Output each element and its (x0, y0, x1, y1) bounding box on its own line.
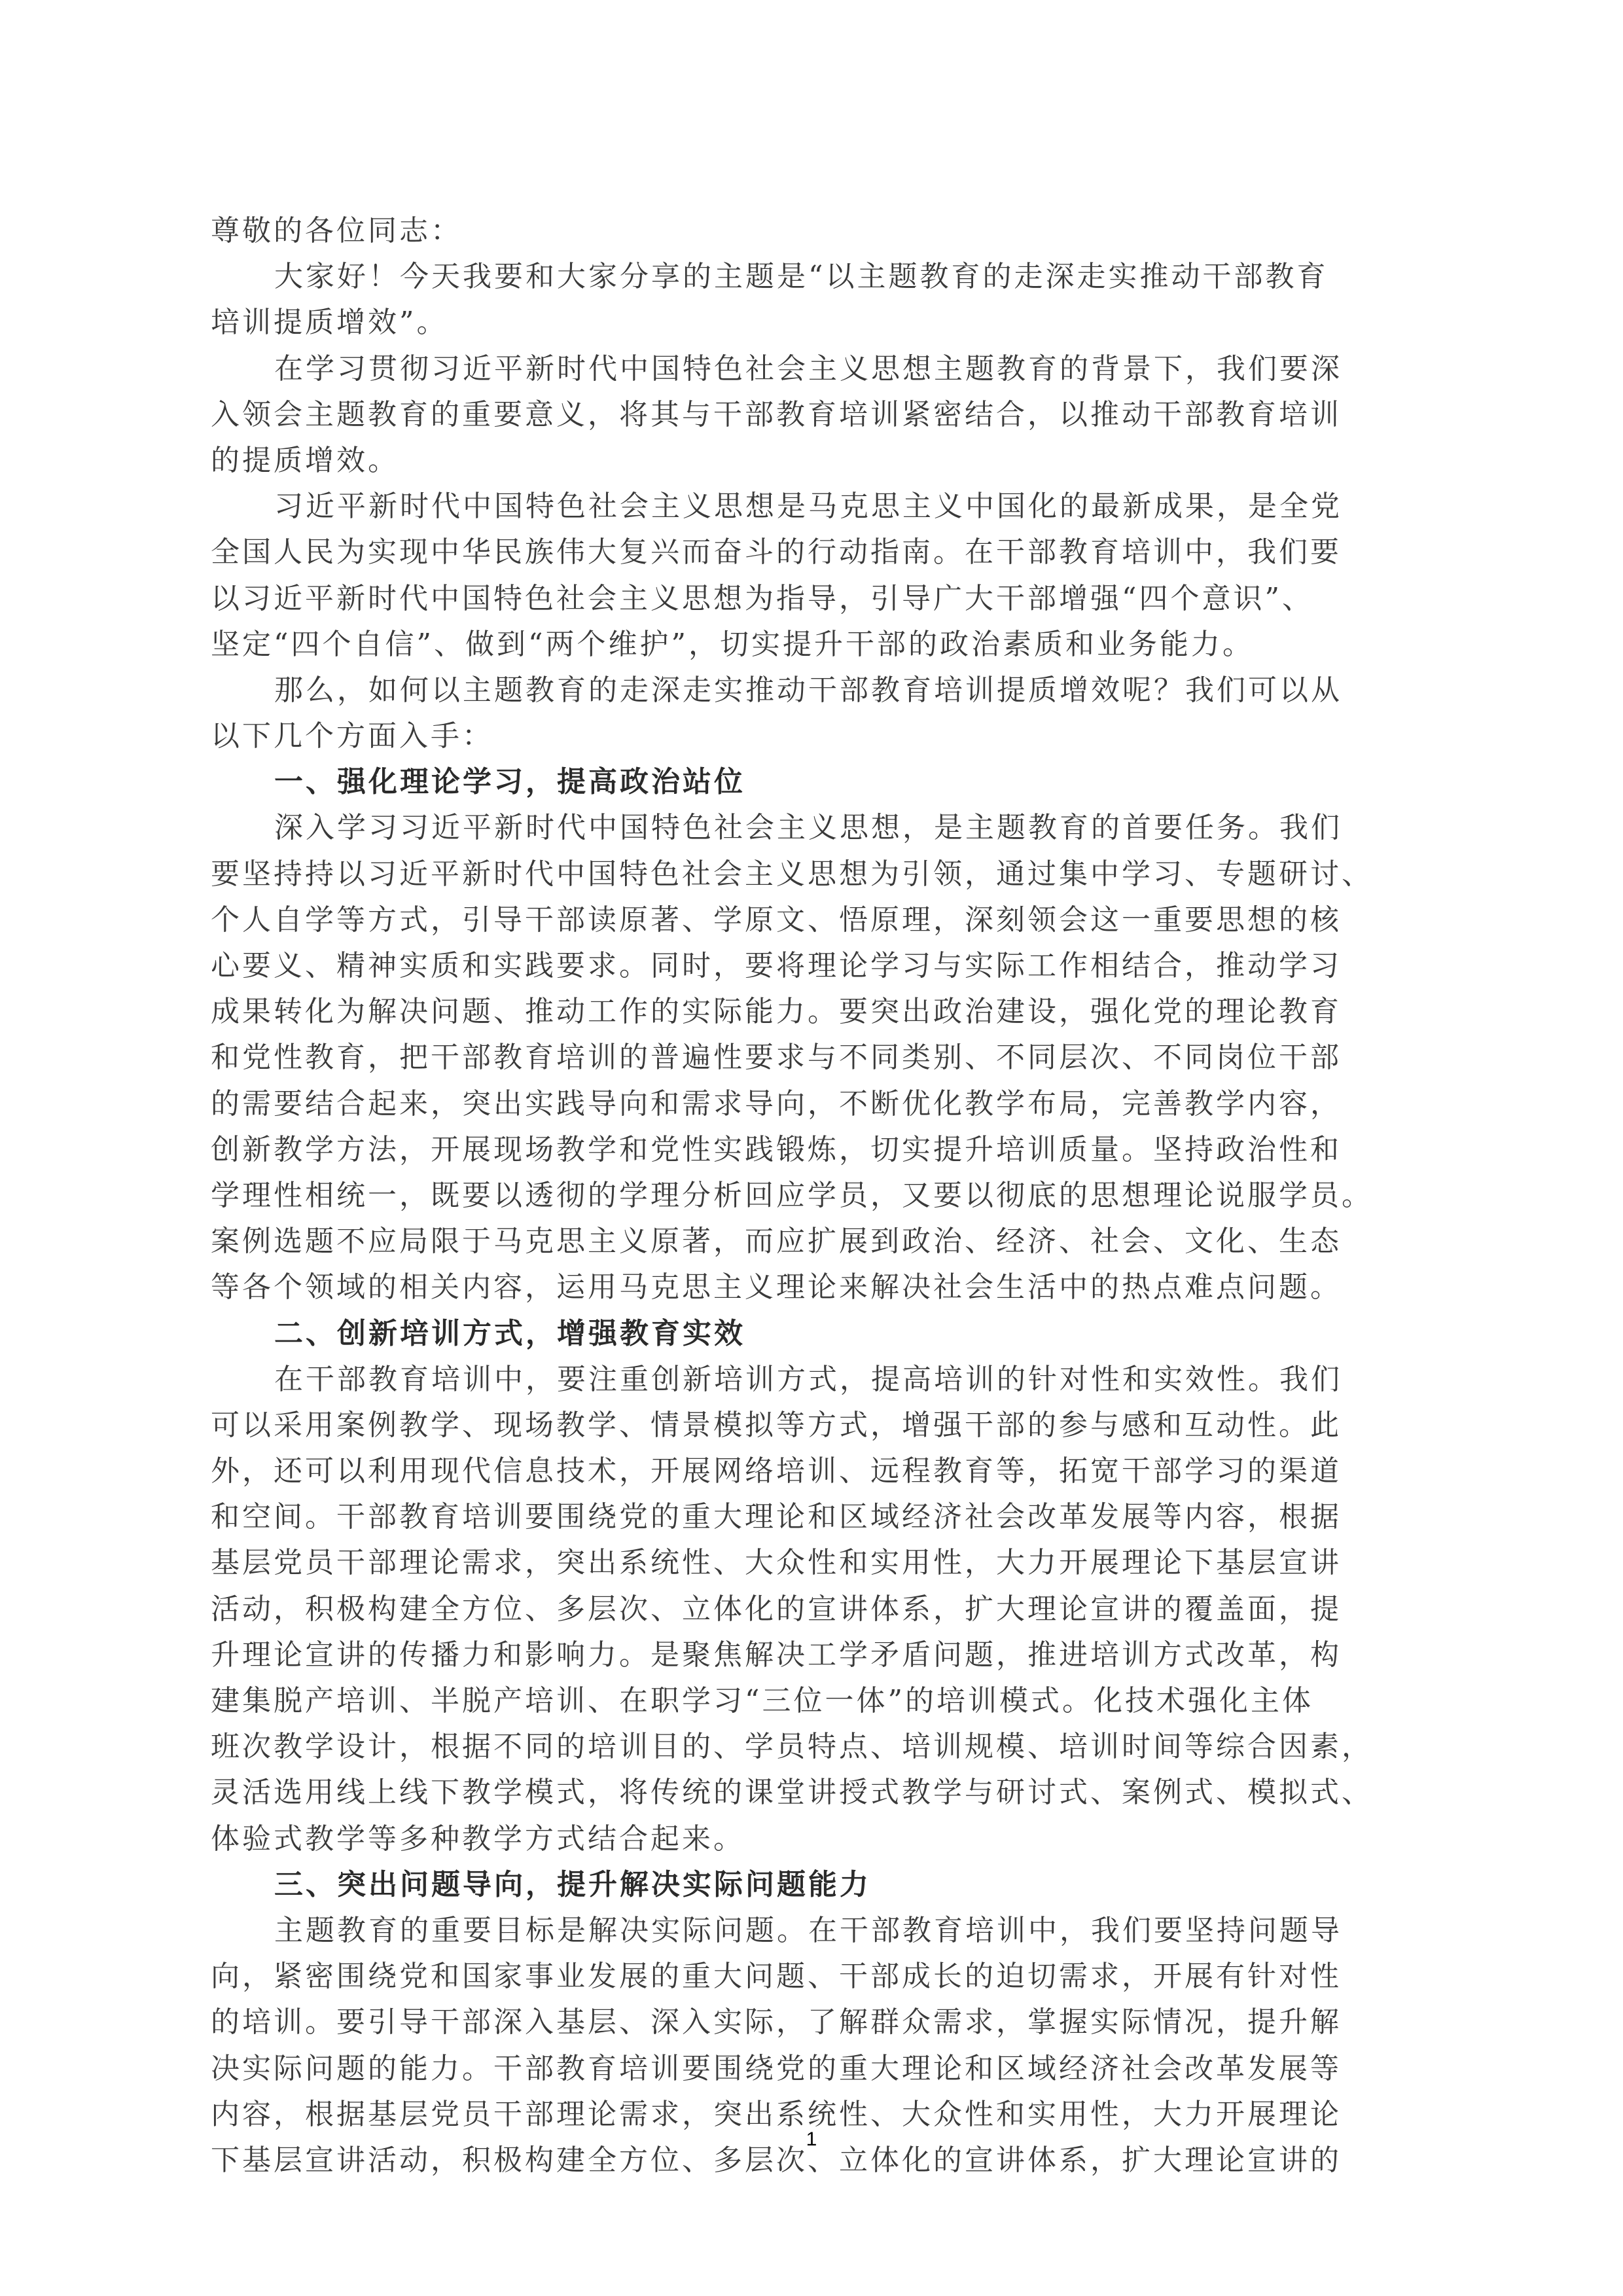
text-line: 和空间。干部教育培训要围绕党的重大理论和区域经济社会改革发展等内容，根据 (211, 1494, 1389, 1540)
document-page: 尊敬的各位同志：大家好！今天我要和大家分享的主题是“以主题教育的走深走实推动干部… (0, 0, 1623, 2296)
text-line: 学理性相统一，既要以透彻的学理分析回应学员，又要以彻底的思想理论说服学员。 (211, 1173, 1389, 1219)
text-line: 心要义、精神实质和实践要求。同时，要将理论学习与实际工作相结合，推动学习 (211, 943, 1389, 989)
text-line: 升理论宣讲的传播力和影响力。是聚焦解决工学矛盾问题，推进培训方式改革，构 (211, 1632, 1389, 1678)
text-line: 班次教学设计，根据不同的培训目的、学员特点、培训规模、培训时间等综合因素， (211, 1724, 1389, 1770)
text-line: 在学习贯彻习近平新时代中国特色社会主义思想主题教育的背景下，我们要深 (211, 346, 1389, 392)
text-line: 和党性教育，把干部教育培训的普遍性要求与不同类别、不同层次、不同岗位干部 (211, 1035, 1389, 1081)
text-line: 的提质增效。 (211, 438, 1389, 484)
text-line: 入领会主题教育的重要意义，将其与干部教育培训紧密结合，以推动干部教育培训 (211, 392, 1389, 438)
section-heading: 二、创新培训方式，增强教育实效 (211, 1311, 1389, 1357)
text-line: 的培训。要引导干部深入基层、深入实际，了解群众需求，掌握实际情况，提升解 (211, 2000, 1389, 2045)
document-body: 尊敬的各位同志：大家好！今天我要和大家分享的主题是“以主题教育的走深走实推动干部… (211, 208, 1389, 2183)
text-line: 可以采用案例教学、现场教学、情景模拟等方式，增强干部的参与感和互动性。此 (211, 1403, 1389, 1448)
page-number: 1 (0, 2128, 1623, 2151)
text-line: 培训提质增效”。 (211, 300, 1389, 346)
text-line: 案例选题不应局限于马克思主义原著，而应扩展到政治、经济、社会、文化、生态 (211, 1219, 1389, 1265)
text-line: 个人自学等方式，引导干部读原著、学原文、悟原理，深刻领会这一重要思想的核 (211, 897, 1389, 943)
text-line: 要坚持持以习近平新时代中国特色社会主义思想为引领，通过集中学习、专题研讨、 (211, 852, 1389, 897)
text-line: 主题教育的重要目标是解决实际问题。在干部教育培训中，我们要坚持问题导 (211, 1908, 1389, 1954)
section-heading: 一、强化理论学习，提高政治站位 (211, 759, 1389, 805)
text-line: 体验式教学等多种教学方式结合起来。 (211, 1816, 1389, 1862)
text-line: 建集脱产培训、半脱产培训、在职学习“三位一体”的培训模式。化技术强化主体 (211, 1678, 1389, 1724)
text-line: 尊敬的各位同志： (211, 208, 1389, 254)
text-line: 那么，如何以主题教育的走深走实推动干部教育培训提质增效呢？我们可以从 (211, 668, 1389, 713)
text-line: 灵活选用线上线下教学模式，将传统的课堂讲授式教学与研讨式、案例式、模拟式、 (211, 1770, 1389, 1816)
text-line: 的需要结合起来，突出实践导向和需求导向，不断优化教学布局，完善教学内容， (211, 1081, 1389, 1127)
text-line: 外，还可以利用现代信息技术，开展网络培训、远程教育等，拓宽干部学习的渠道 (211, 1448, 1389, 1494)
text-line: 大家好！今天我要和大家分享的主题是“以主题教育的走深走实推动干部教育 (211, 254, 1389, 300)
text-line: 决实际问题的能力。干部教育培训要围绕党的重大理论和区域经济社会改革发展等 (211, 2046, 1389, 2092)
text-line: 活动，积极构建全方位、多层次、立体化的宣讲体系，扩大理论宣讲的覆盖面，提 (211, 1587, 1389, 1632)
text-line: 成果转化为解决问题、推动工作的实际能力。要突出政治建设，强化党的理论教育 (211, 989, 1389, 1035)
text-line: 以习近平新时代中国特色社会主义思想为指导，引导广大干部增强“四个意识”、 (211, 576, 1389, 622)
section-heading: 三、突出问题导向，提升解决实际问题能力 (211, 1862, 1389, 1908)
text-line: 全国人民为实现中华民族伟大复兴而奋斗的行动指南。在干部教育培训中，我们要 (211, 529, 1389, 575)
text-line: 基层党员干部理论需求，突出系统性、大众性和实用性，大力开展理论下基层宣讲 (211, 1540, 1389, 1586)
text-line: 等各个领域的相关内容，运用马克思主义理论来解决社会生活中的热点难点问题。 (211, 1265, 1389, 1310)
text-line: 在干部教育培训中，要注重创新培训方式，提高培训的针对性和实效性。我们 (211, 1357, 1389, 1403)
text-line: 以下几个方面入手： (211, 713, 1389, 759)
text-line: 习近平新时代中国特色社会主义思想是马克思主义中国化的最新成果，是全党 (211, 484, 1389, 529)
text-line: 坚定“四个自信”、做到“两个维护”，切实提升干部的政治素质和业务能力。 (211, 622, 1389, 668)
text-line: 向，紧密围绕党和国家事业发展的重大问题、干部成长的迫切需求，开展有针对性 (211, 1954, 1389, 2000)
text-line: 深入学习习近平新时代中国特色社会主义思想，是主题教育的首要任务。我们 (211, 805, 1389, 851)
text-line: 创新教学方法，开展现场教学和党性实践锻炼，切实提升培训质量。坚持政治性和 (211, 1127, 1389, 1173)
